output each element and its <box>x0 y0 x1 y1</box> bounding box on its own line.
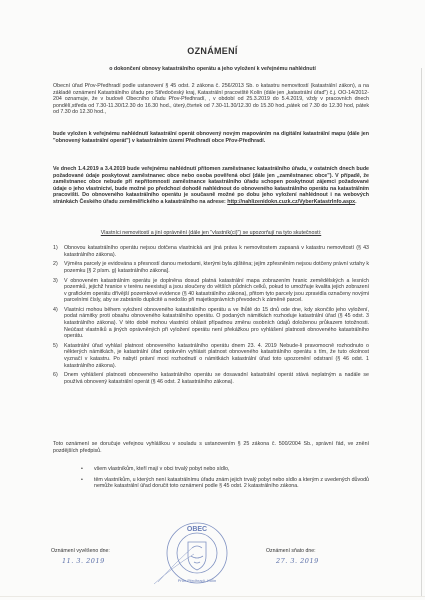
item-text: Katastrální úřad vyhlásí platnost obnove… <box>64 343 369 369</box>
removed-label: Oznámení sňato dne: <box>266 548 316 554</box>
list-item: 3)V obnoveném katastrálním operátu je do… <box>53 278 369 304</box>
page-edge-bottom <box>0 596 425 597</box>
facts-heading: Vlastníci nemovitostí a jiní oprávnění (… <box>53 230 369 237</box>
item-number: 4) <box>53 307 58 314</box>
intro-paragraph: Obecní úřad Přov-Předhradí podle ustanov… <box>53 83 369 116</box>
delivery-paragraph: Toto oznámení se doručuje veřejnou vyhlá… <box>53 441 369 454</box>
item-text: Dnem vyhlášení platnosti obnoveného kata… <box>64 372 369 385</box>
municipal-stamp-icon: OBEC Přov-Předhradí, Kolín <box>150 518 230 590</box>
cuzk-link[interactable]: http://nahlizenidokn.cuzk.cz/VyberKatast… <box>227 199 355 205</box>
item-text: těm vlastníkům, u kterých není katastrál… <box>94 477 369 490</box>
item-number: 3) <box>53 278 58 285</box>
item-number: 6) <box>53 372 58 379</box>
list-item: •těm vlastníkům, u kterých není katastrá… <box>53 477 369 490</box>
item-text: Vlastníci mohou během vyložení obnovenéh… <box>64 307 369 339</box>
url-suffix: . <box>355 199 356 205</box>
item-text: Výměra parcely je evidována s přesností … <box>64 261 369 274</box>
removed-date-handwritten: 27. 3. 2019 <box>276 557 319 565</box>
item-text: V obnoveném katastrálním operátu je dopl… <box>64 278 369 304</box>
item-text: Obnovou katastrálního operátu nejsou dot… <box>64 245 369 258</box>
list-item: 2)Výměra parcely je evidována s přesnost… <box>53 261 369 274</box>
item-text: všem vlastníkům, kteří mají v obci trval… <box>94 466 229 472</box>
bullet-icon: • <box>81 466 83 473</box>
document-title: OZNÁMENÍ <box>0 46 425 56</box>
posted-label: Oznámení vyvěšeno dne: <box>51 548 110 554</box>
item-number: 1) <box>53 245 58 252</box>
item-number: 2) <box>53 261 58 268</box>
facts-list: 1)Obnovou katastrálního operátu nejsou d… <box>53 245 369 385</box>
recipients-list: •všem vlastníkům, kteří mají v obci trva… <box>53 466 369 490</box>
recipients-container: •všem vlastníkům, kteří mají v obci trva… <box>53 466 369 494</box>
list-item: 6)Dnem vyhlášení platnosti obnoveného ka… <box>53 372 369 385</box>
document-subtitle: o dokončení obnovy katastrálního operátu… <box>0 66 425 72</box>
list-item: •všem vlastníkům, kteří mají v obci trva… <box>53 466 369 473</box>
stamp-top-text: OBEC <box>187 526 207 533</box>
exposure-paragraph: bude vyložen k veřejnému nahlédnutí kata… <box>53 131 369 144</box>
page-edge-right <box>421 68 422 596</box>
facts-list-container: 1)Obnovou katastrálního operátu nejsou d… <box>53 245 369 389</box>
bullet-icon: • <box>81 477 83 484</box>
list-item: 1)Obnovou katastrálního operátu nejsou d… <box>53 245 369 258</box>
stamp-bottom-text: Přov-Předhradí, Kolín <box>178 578 216 583</box>
dates-paragraph: Ve dnech 1.4.2019 a 3.4.2019 bude veřejn… <box>53 166 369 205</box>
list-item: 4)Vlastníci mohou během vyložení obnoven… <box>53 307 369 340</box>
item-number: 5) <box>53 343 58 350</box>
list-item: 5)Katastrální úřad vyhlásí platnost obno… <box>53 343 369 369</box>
posted-date-handwritten: 11. 3. 2019 <box>62 557 105 565</box>
